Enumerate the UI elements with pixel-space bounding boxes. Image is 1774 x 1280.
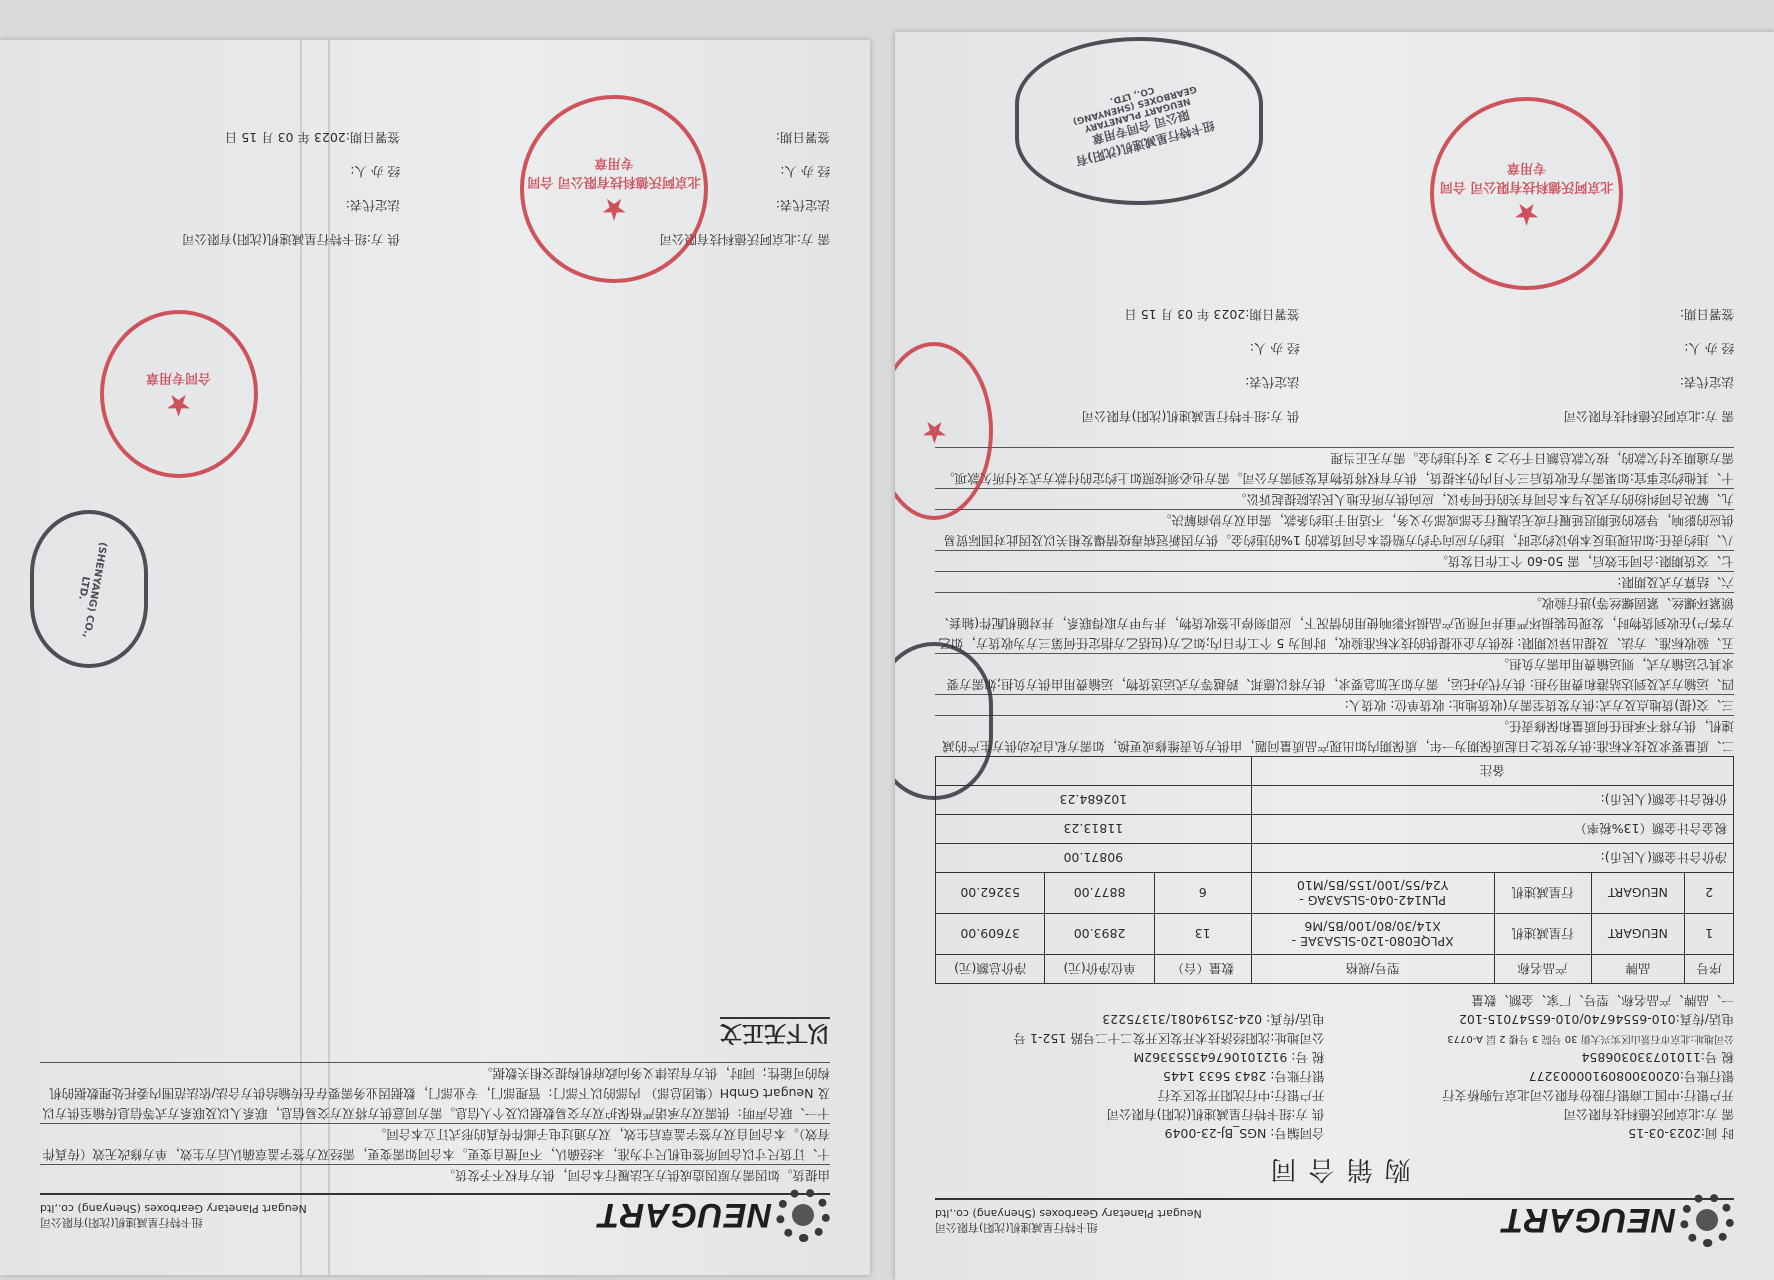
gross-total-row: 价税合计金额(人民币): 102684.23 (936, 786, 1734, 815)
clause: 六、结算方式及期限: (935, 571, 1734, 592)
seller-company-stamp: 纽卡特行星减速机(沈阳)有限公司 合同专用章 NEUGART PLANETARY… (1015, 37, 1263, 205)
clause: 十、订货尺寸以合同所签电机尺寸为准，未经确认，不可擅自变更。本合同如需变更，需经… (40, 1123, 830, 1164)
gear-icon (776, 1188, 830, 1242)
contract-title: 购销合同 (935, 1153, 1734, 1190)
end-of-text-mark: 以下无正文 (720, 1017, 830, 1050)
seller-seam-stamp (895, 642, 993, 800)
clause: 十、其他约定事宜:如果需方在收货后三个月内仍未提货，供方有权将货物直发到需方公司… (935, 447, 1734, 488)
seller-signature: 供 方:纽卡特行星减速机(沈阳)有限公司 (40, 222, 400, 256)
table-row: 2 NEUGART 行星减速机 PLN142-040-SLSA3AG -Y24/… (936, 873, 1734, 914)
seam-stamp: ★合同专用章 (100, 310, 258, 478)
clause: 七、交货期限:合同生效后，需 50-60 个工作日发货。 (935, 550, 1734, 571)
signature-block: 需 方:北京阿沃德科技有限公司 法定代表: 经 办 人: 签署日期: 供 方:纽… (40, 120, 830, 256)
clause: 二、质量要求及技术标准:供方发货之日起质保期为一年，质保期内如出现产品质量问题，… (935, 715, 1734, 756)
party-info: 时 间:2023-03-15 需 方:北京阿沃德科技有限公司 开户银行:中国工商… (935, 1010, 1734, 1143)
table-row: 1 NEUGART 行星减速机 XPLQE080-120-SLSA3AE -X1… (936, 914, 1734, 955)
contract-clauses: 二、质量要求及技术标准:供方发货之日起质保期为一年，质保期内如出现产品质量问题，… (935, 447, 1734, 756)
star-icon: ★ (1434, 198, 1619, 228)
buyer-company-stamp: ★北京阿沃德科技有限公司 合同专用章 (520, 95, 708, 283)
net-total-row: 净价合计金额(人民币): 90871.00 (936, 844, 1734, 873)
clause: 十一、联合声明：供需双方承诺严格保护双方交易数据以及个人信息。需方同意供方将双方… (40, 1062, 830, 1123)
page-1-content: NEUGART 纽卡特行星减速机(沈阳)有限公司 Neugart Planeta… (895, 32, 1774, 1280)
clause: 由提货。如因需方原因造成供方无法履行本合同，供方有权不予发货。 (40, 1164, 830, 1185)
gear-icon (1680, 1193, 1734, 1247)
clause: 四、运输方式及到达站港和费用分担: 供方代办托运，需方如无加急要求，供方将以德邦… (935, 653, 1734, 694)
contract-page-2: NEUGART 纽卡特行星减速机(沈阳)有限公司 Neugart Planeta… (0, 40, 870, 1275)
contract-page-1: NEUGART 纽卡特行星减速机(沈阳)有限公司 Neugart Planeta… (895, 32, 1774, 1280)
buyer-signature: 需 方:北京阿沃德科技有限公司 (1370, 399, 1735, 433)
buyer-info: 时 间:2023-03-15 需 方:北京阿沃德科技有限公司 开户银行:中国工商… (1345, 1010, 1735, 1143)
page-2-content: NEUGART 纽卡特行星减速机(沈阳)有限公司 Neugart Planeta… (0, 40, 870, 1275)
clause: 九、解决合同纠纷的方式及与本合同有关的任何争议，应向供方所在地人民法院提起诉讼。 (935, 488, 1734, 509)
star-icon: ★ (921, 416, 948, 446)
tax-total-row: 税金合计金额（13%税率） 11813.23 (936, 815, 1734, 844)
signature-block: 需 方:北京阿沃德科技有限公司 法定代表: 经 办 人: 签署日期: 供 方:纽… (935, 297, 1734, 433)
clause: 三、交(提)货地点及方式:供方发货至需方(收货地址: 收货单位: 收货人: (935, 694, 1734, 715)
clause: 五、验收标准、方法、及提出异议期限: 按供方企业提供的技术标准验收，时间为 5 … (935, 592, 1734, 653)
seller-info: 合同编号: NGS_BJ-23-0049 供 方:纽卡特行星减速机(沈阳)有限公… (935, 1010, 1325, 1143)
clause: 八、违约责任:如出现违反本协议约定时，违约方应向守约方赔偿本合同货款的 1%的违… (935, 509, 1734, 550)
star-icon: ★ (524, 193, 704, 223)
seller-seam-stamp: (SHENYANG) CO., LTD. (30, 510, 148, 668)
product-table: 序号 品牌 产品名称 型号/规格 数量（台） 单位净价(元) 净价总额(元) 1… (935, 756, 1734, 984)
buyer-company-stamp: ★北京阿沃德科技有限公司 合同专用章 (1430, 97, 1623, 290)
remark-row: 备注 (936, 757, 1734, 786)
table-header: 序号 品牌 产品名称 型号/规格 数量（台） 单位净价(元) 净价总额(元) (936, 955, 1734, 984)
star-icon: ★ (146, 389, 211, 419)
